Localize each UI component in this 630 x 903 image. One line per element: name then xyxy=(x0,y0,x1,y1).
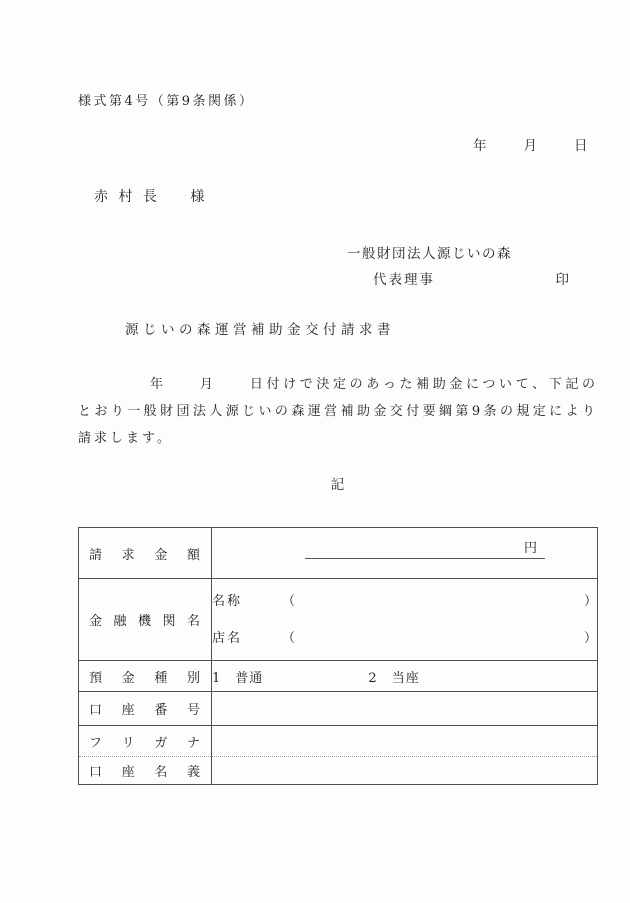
bank-name-label: 名称 xyxy=(212,583,282,620)
table-row-bank: 金 融 機 関 名 名称 （ ） 店名 （ ） xyxy=(79,579,598,661)
date-line: 年 月 日 xyxy=(473,134,588,154)
amount-value-cell: 円 xyxy=(212,528,598,579)
table-row-furigana: フ リ ガ ナ xyxy=(79,726,598,757)
body-line-3: 請求します。 xyxy=(78,425,598,452)
bank-value-cell: 名称 （ ） 店名 （ ） xyxy=(212,579,598,661)
amount-label: 請 求 金 額 xyxy=(79,528,212,579)
addressee-honorific: 様 xyxy=(190,189,204,205)
bank-name-close-paren: ） xyxy=(584,583,597,620)
table-row-account-type: 預 金 種 別 1 普通 2 当座 xyxy=(79,661,598,692)
payment-request-table: 請 求 金 額 円 金 融 機 関 名 名称 （ ） 店名 （ xyxy=(78,527,598,785)
account-number-blank xyxy=(212,692,598,726)
account-type-label: 預 金 種 別 xyxy=(79,661,212,692)
date-month-label: 月 xyxy=(524,134,538,154)
body-line-2: とおり一般財団法人源じいの森運営補助金交付要綱第9条の規定により xyxy=(78,398,598,425)
account-holder-label: 口 座 名 義 xyxy=(79,757,212,785)
amount-blank-underline: 円 xyxy=(305,537,545,559)
table-row-amount: 請 求 金 額 円 xyxy=(79,528,598,579)
bank-branch-blank xyxy=(295,620,584,657)
bank-name-open-paren: （ xyxy=(282,583,295,620)
amount-unit-label: 円 xyxy=(524,541,537,556)
body-line-1: 年 月 日付けで決定のあった補助金について、下記の xyxy=(78,371,598,398)
date-day-label: 日 xyxy=(574,134,588,154)
furigana-blank xyxy=(212,726,598,757)
seal-mark: 印 xyxy=(556,268,572,288)
bank-label: 金 融 機 関 名 xyxy=(79,579,212,661)
record-marker: 記 xyxy=(78,473,598,493)
bank-name-blank xyxy=(295,583,584,620)
bank-branch-label: 店名 xyxy=(212,620,282,657)
table-row-account-holder: 口 座 名 義 xyxy=(79,757,598,785)
addressee-name: 赤 村 長 xyxy=(94,189,160,205)
sender-organization: 一般財団法人源じいの森 xyxy=(347,242,512,262)
bank-branch-line: 店名 （ ） xyxy=(212,620,597,657)
sender-representative-line: 代表理事 印 xyxy=(373,268,571,288)
document-title: 源じいの森運営補助金交付請求書 xyxy=(125,318,395,338)
body-paragraph: 年 月 日付けで決定のあった補助金について、下記の とおり一般財団法人源じいの森… xyxy=(78,371,598,452)
bank-branch-close-paren: ） xyxy=(584,620,597,657)
date-year-label: 年 xyxy=(473,134,487,154)
furigana-label: フ リ ガ ナ xyxy=(79,726,212,757)
account-type-option-futsuu: 1 普通 xyxy=(212,671,263,686)
document-page: 様式第4号（第9条関係） 年 月 日 赤 村 長 様 一般財団法人源じいの森 代… xyxy=(0,0,630,903)
form-number: 様式第4号（第9条関係） xyxy=(78,90,255,109)
bank-branch-open-paren: （ xyxy=(282,620,295,657)
account-type-value-cell: 1 普通 2 当座 xyxy=(212,661,598,692)
addressee-line: 赤 村 長 様 xyxy=(94,186,204,206)
representative-title: 代表理事 xyxy=(373,268,435,288)
account-number-label: 口 座 番 号 xyxy=(79,692,212,726)
table-row-account-number: 口 座 番 号 xyxy=(79,692,598,726)
bank-name-line: 名称 （ ） xyxy=(212,583,597,620)
account-holder-blank xyxy=(212,757,598,785)
account-type-option-touza: 2 当座 xyxy=(368,671,419,686)
